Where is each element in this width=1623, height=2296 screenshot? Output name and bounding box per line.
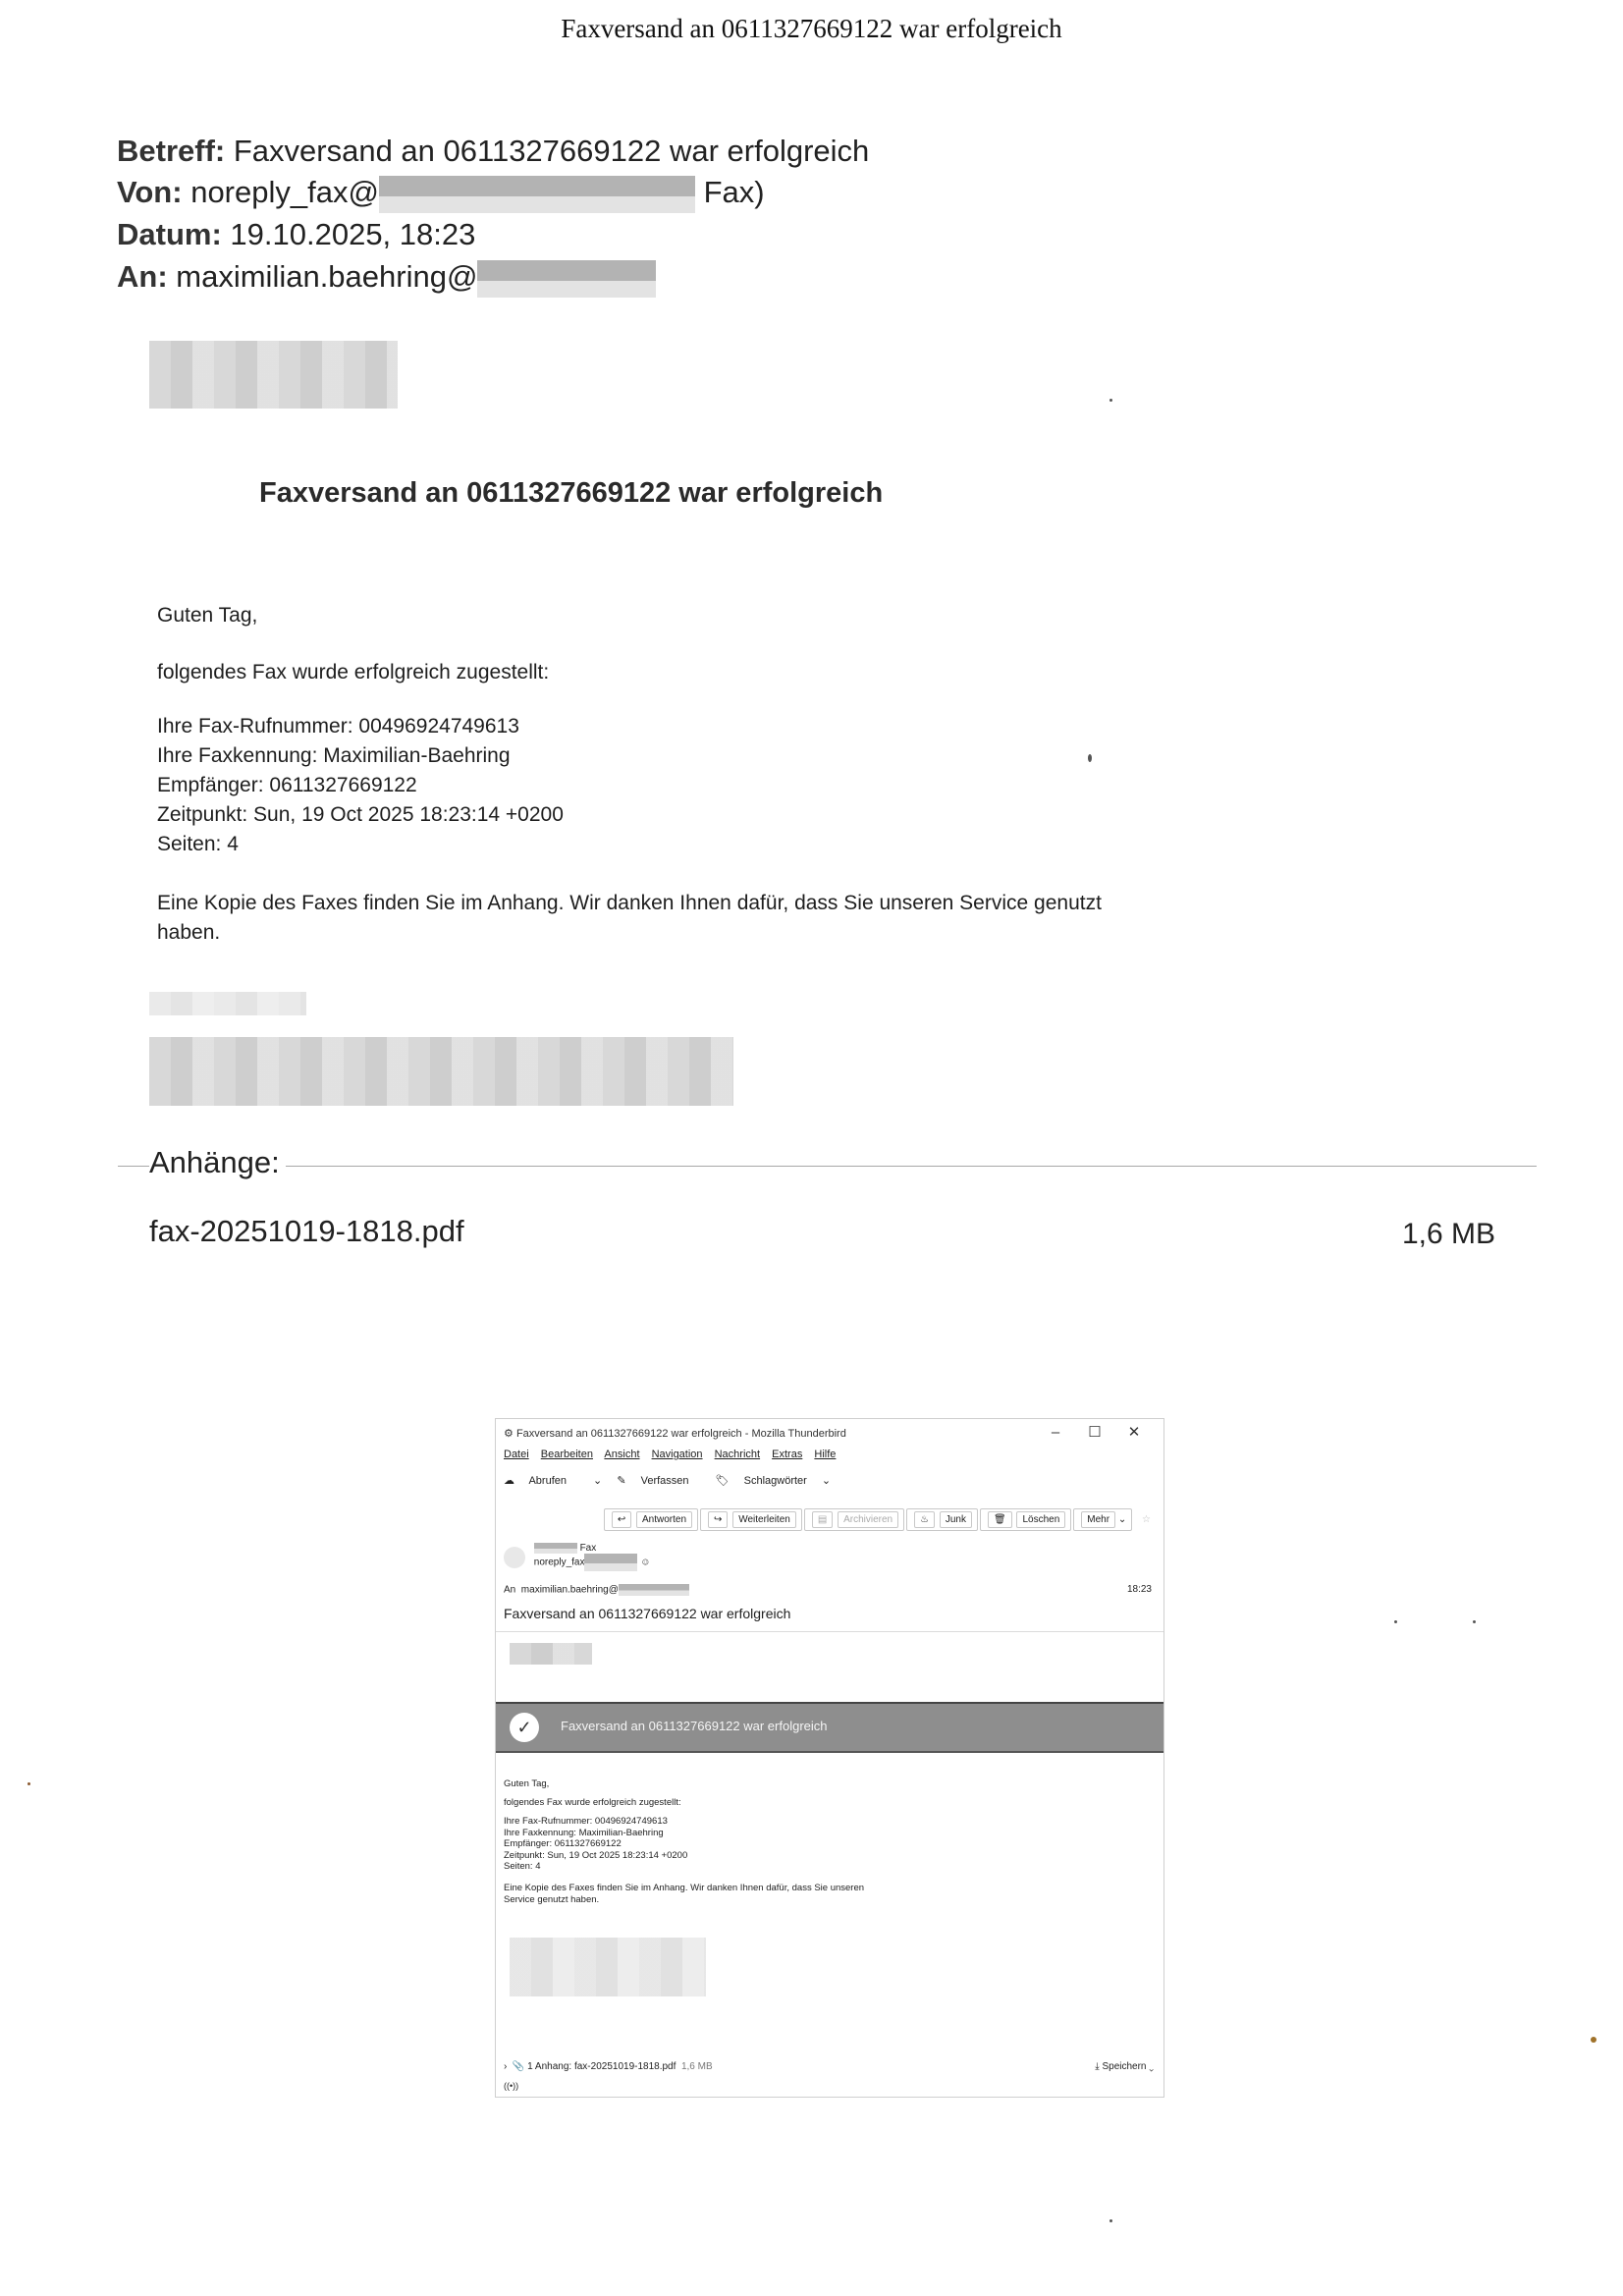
detail-time: Zeitpunkt: Sun, 19 Oct 2025 18:23:14 +02… bbox=[157, 800, 564, 830]
forward-button[interactable]: ↪ Weiterleiten bbox=[700, 1508, 802, 1531]
detail-pages: Seiten: 4 bbox=[157, 830, 564, 859]
intro: folgendes Fax wurde erfolgreich zugestel… bbox=[157, 658, 549, 687]
thunderbird-screenshot: ⚙ Faxversand an 0611327669122 war erfolg… bbox=[495, 1418, 1164, 2098]
detail-recipient: Empfänger: 0611327669122 bbox=[157, 771, 564, 800]
date-value: 19.10.2025, 18:23 bbox=[230, 217, 475, 251]
attachment-size: 1,6 MB bbox=[681, 2061, 713, 2072]
embedded-closing: Eine Kopie des Faxes finden Sie im Anhan… bbox=[504, 1883, 864, 1905]
closing-line-1: Eine Kopie des Faxes finden Sie im Anhan… bbox=[157, 889, 1102, 918]
maximize-icon[interactable]: ☐ bbox=[1075, 1423, 1114, 1441]
from-line: Von: noreply_fax@ Fax) bbox=[117, 172, 765, 213]
scan-speck bbox=[27, 1782, 30, 1785]
closing: Eine Kopie des Faxes finden Sie im Anhan… bbox=[157, 889, 1102, 948]
redacted-signature-line-1 bbox=[149, 992, 306, 1015]
date-label: Datum: bbox=[117, 217, 222, 251]
reply-icon: ↩ bbox=[612, 1511, 631, 1528]
status-bar: ((•)) bbox=[504, 2081, 518, 2091]
compose-button[interactable]: ✎ Verfassen bbox=[617, 1475, 700, 1487]
junk-icon: ♨ bbox=[914, 1511, 935, 1528]
more-button[interactable]: Mehr ⌄ bbox=[1073, 1508, 1132, 1531]
minimize-icon[interactable]: – bbox=[1036, 1424, 1075, 1441]
main-toolbar: ☁ Abrufen ⌄ ✎ Verfassen 🏷 Schlagwörter ⌄ bbox=[504, 1474, 842, 1487]
thunderbird-icon: ⚙ bbox=[504, 1428, 514, 1440]
closing-line-2: haben. bbox=[157, 918, 1102, 948]
redacted-logo-small bbox=[510, 1643, 592, 1665]
detail-fax-id: Ihre Faxkennung: Maximilian-Baehring bbox=[157, 741, 564, 771]
junk-button[interactable]: ♨ Junk bbox=[906, 1508, 978, 1531]
menu-bar: Datei Bearbeiten Ansicht Navigation Nach… bbox=[504, 1449, 844, 1460]
scan-speck bbox=[1591, 2037, 1596, 2043]
scan-speck bbox=[1473, 1620, 1476, 1623]
menu-bearbeiten[interactable]: Bearbeiten bbox=[541, 1449, 593, 1460]
to-label: An: bbox=[117, 259, 168, 294]
delete-button[interactable]: 🗑 Löschen bbox=[980, 1508, 1071, 1531]
attachment-file-size: 1,6 MB bbox=[1402, 1218, 1495, 1251]
menu-extras[interactable]: Extras bbox=[772, 1449, 802, 1460]
pencil-icon: ✎ bbox=[617, 1475, 625, 1487]
redacted-logo bbox=[149, 341, 398, 409]
subject-value: Faxversand an 0611327669122 war erfolgre… bbox=[234, 134, 869, 168]
subject-label: Betreff: bbox=[117, 134, 225, 168]
attachments-divider bbox=[118, 1166, 1537, 1167]
detail-fax-number: Ihre Fax-Rufnummer: 00496924749613 bbox=[157, 712, 564, 741]
trash-icon: 🗑 bbox=[988, 1511, 1012, 1528]
redacted-signature-block bbox=[149, 1037, 733, 1106]
checkmark-icon: ✓ bbox=[510, 1713, 539, 1742]
scan-speck bbox=[1109, 399, 1112, 402]
page-title: Faxversand an 0611327669122 war erfolgre… bbox=[0, 14, 1623, 44]
forward-icon: ↪ bbox=[708, 1511, 728, 1528]
to-label: An bbox=[504, 1585, 515, 1596]
message-time: 18:23 bbox=[1127, 1584, 1152, 1595]
success-banner: ✓ Faxversand an 0611327669122 war erfolg… bbox=[496, 1702, 1163, 1753]
archive-button[interactable]: ▤ Archivieren bbox=[804, 1508, 904, 1531]
redacted-signature-small bbox=[510, 1938, 706, 1996]
menu-navigation[interactable]: Navigation bbox=[652, 1449, 703, 1460]
connection-icon: ((•)) bbox=[504, 2081, 518, 2091]
message-heading: Faxversand an 0611327669122 war erfolgre… bbox=[259, 477, 883, 510]
tag-icon: 🏷 bbox=[716, 1475, 730, 1487]
fax-details: Ihre Fax-Rufnummer: 00496924749613 Ihre … bbox=[157, 712, 564, 859]
download-cloud-icon: ☁ bbox=[504, 1475, 514, 1487]
menu-nachricht[interactable]: Nachricht bbox=[715, 1449, 760, 1460]
scan-speck bbox=[1394, 1620, 1397, 1623]
from-value: noreply_fax@ bbox=[190, 175, 379, 209]
from-label: Von: bbox=[117, 175, 183, 209]
attachment-file-name[interactable]: fax-20251019-1818.pdf bbox=[149, 1214, 464, 1249]
expand-chevron-icon[interactable]: › bbox=[504, 2061, 507, 2072]
window-title-bar: ⚙ Faxversand an 0611327669122 war erfolg… bbox=[504, 1427, 846, 1440]
save-button[interactable]: ⤓ Speichern ⌄ bbox=[1095, 2061, 1154, 2072]
menu-ansicht[interactable]: Ansicht bbox=[604, 1449, 639, 1460]
window-title: Faxversand an 0611327669122 war erfolgre… bbox=[516, 1428, 846, 1440]
download-icon: ⤓ bbox=[1095, 2061, 1099, 2072]
redacted-to-email bbox=[619, 1584, 689, 1596]
sender-info: Fax noreply_fax ☺ bbox=[504, 1543, 650, 1571]
contact-icon[interactable]: ☺ bbox=[640, 1558, 650, 1568]
redacted-recipient bbox=[477, 260, 656, 298]
message-actions: ↩ Antworten↪ Weiterleiten▤ Archivieren♨ … bbox=[602, 1508, 1156, 1531]
attachment-summary: 1 Anhang: fax-20251019-1818.pdf bbox=[527, 2061, 676, 2072]
sender-name: Fax bbox=[580, 1543, 597, 1554]
embedded-greeting: Guten Tag, bbox=[504, 1778, 549, 1790]
archive-icon: ▤ bbox=[812, 1511, 833, 1528]
window-controls: –☐✕ bbox=[1036, 1423, 1154, 1441]
close-icon[interactable]: ✕ bbox=[1114, 1423, 1154, 1441]
menu-hilfe[interactable]: Hilfe bbox=[814, 1449, 836, 1460]
paperclip-icon: 📎 bbox=[513, 2061, 524, 2072]
embedded-intro: folgendes Fax wurde erfolgreich zugestel… bbox=[504, 1797, 681, 1809]
redacted-sender-name bbox=[534, 1543, 577, 1554]
embedded-details: Ihre Fax-Rufnummer: 00496924749613 Ihre … bbox=[504, 1816, 687, 1873]
scan-speck bbox=[1109, 2219, 1112, 2222]
menu-datei[interactable]: Datei bbox=[504, 1449, 529, 1460]
greeting: Guten Tag, bbox=[157, 601, 257, 630]
message-subject: Faxversand an 0611327669122 war erfolgre… bbox=[504, 1606, 790, 1621]
tags-button[interactable]: 🏷 Schlagwörter ⌄ bbox=[716, 1475, 832, 1487]
avatar bbox=[504, 1547, 525, 1568]
star-icon[interactable]: ☆ bbox=[1137, 1512, 1156, 1527]
scan-speck bbox=[1088, 754, 1092, 762]
banner-text: Faxversand an 0611327669122 war erfolgre… bbox=[561, 1719, 828, 1733]
to-value: maximilian.baehring@ bbox=[176, 259, 477, 294]
redacted-sender-email bbox=[584, 1554, 637, 1571]
redacted-sender bbox=[379, 176, 695, 213]
to-email: maximilian.baehring@ bbox=[521, 1585, 619, 1596]
get-messages-dropdown[interactable]: ⌄ bbox=[593, 1475, 602, 1487]
subject-line: Betreff: Faxversand an 0611327669122 war… bbox=[117, 131, 869, 172]
recipient-info: An maximilian.baehring@ bbox=[504, 1584, 689, 1596]
attachments-label: Anhänge: bbox=[149, 1145, 286, 1180]
date-line: Datum: 19.10.2025, 18:23 bbox=[117, 214, 475, 255]
to-line: An: maximilian.baehring@ bbox=[117, 256, 656, 298]
from-suffix: Fax) bbox=[704, 175, 765, 209]
get-messages-button[interactable]: ☁ Abrufen bbox=[504, 1475, 578, 1487]
reply-button[interactable]: ↩ Antworten bbox=[604, 1508, 698, 1531]
header-divider bbox=[496, 1631, 1163, 1632]
attachment-bar[interactable]: › 📎 1 Anhang: fax-20251019-1818.pdf 1,6 … bbox=[504, 2061, 713, 2072]
sender-email: noreply_fax bbox=[534, 1558, 585, 1568]
